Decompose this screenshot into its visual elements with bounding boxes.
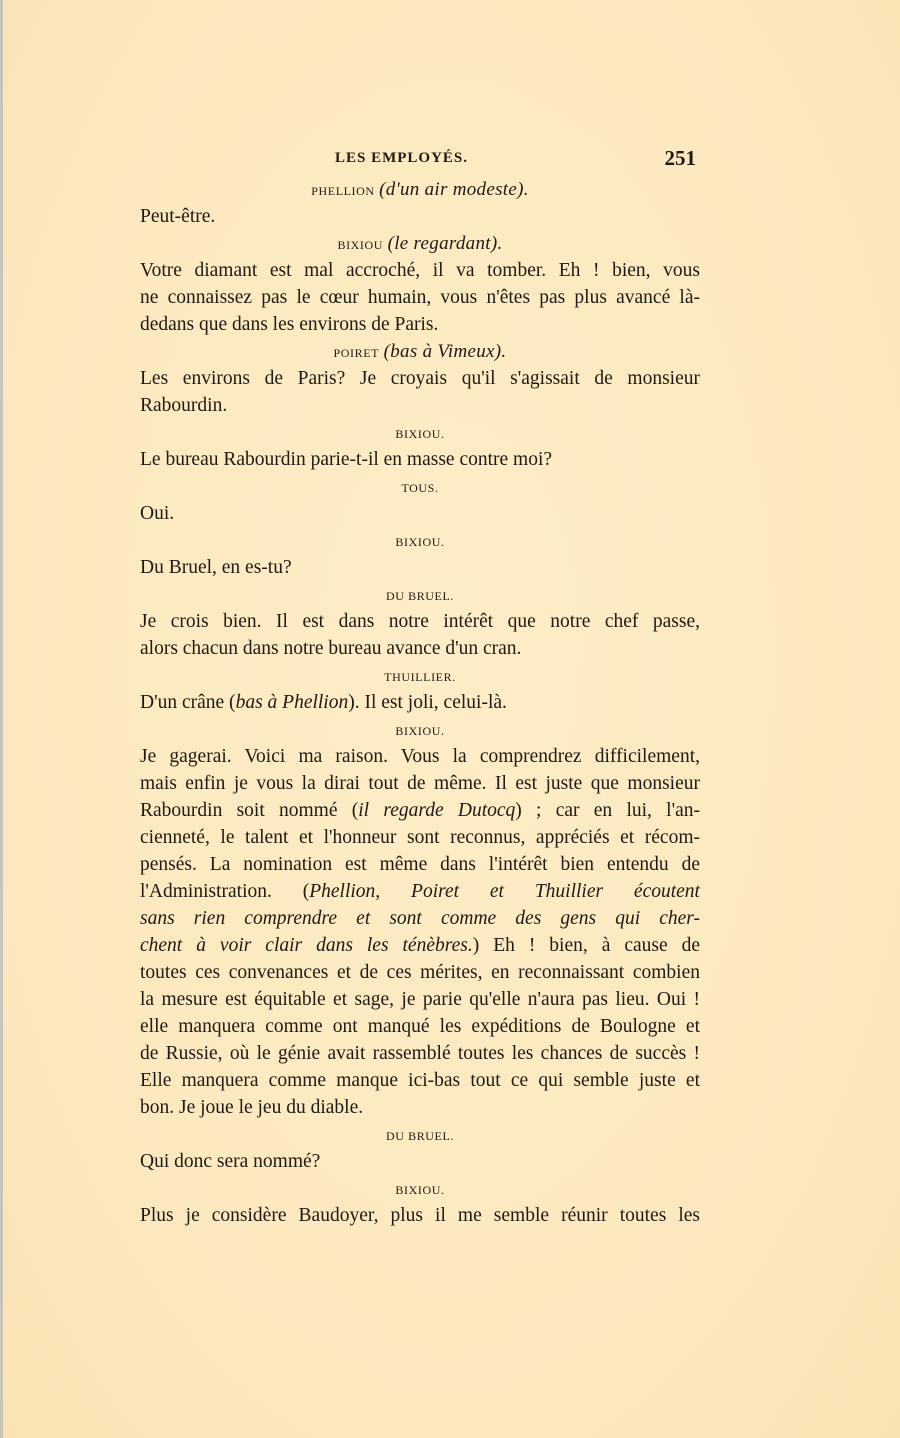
speech: Les environs de Paris? Je croyais qu'il … bbox=[140, 365, 700, 419]
speaker-name: DU BRUEL. bbox=[386, 1125, 454, 1144]
roman-text: ) Eh ! bien, à cause de bbox=[473, 935, 700, 956]
stage-direction: (d'un air modeste). bbox=[379, 179, 529, 200]
speech-line: Du Bruel, en es-tu? bbox=[140, 554, 700, 581]
speaker-name: DU BRUEL. bbox=[386, 585, 454, 604]
italic-stage-direction: sans rien comprendre et sont comme des g… bbox=[140, 908, 700, 929]
speech-line: Rabourdin soit nommé (il regarde Dutocq)… bbox=[140, 797, 700, 824]
book-page: LES EMPLOYÉS. 251 PHELLION (d'un air mod… bbox=[0, 0, 900, 1438]
roman-text: ) ; car en lui, l'an- bbox=[515, 800, 700, 821]
speech-line: chent à voir clair dans les ténèbres.) E… bbox=[140, 932, 700, 959]
speech-line: cienneté, le talent et l'honneur sont re… bbox=[140, 824, 700, 851]
speech-line: elle manquera comme ont manqué les expéd… bbox=[140, 1013, 700, 1040]
running-head-title: LES EMPLOYÉS. bbox=[335, 150, 468, 167]
speaker-heading: BIXIOU. bbox=[140, 527, 700, 554]
speech-line: dedans que dans les environs de Paris. bbox=[140, 311, 700, 338]
speaker-heading: DU BRUEL. bbox=[140, 581, 700, 608]
speech-line: pensés. La nomination est même dans l'in… bbox=[140, 851, 700, 878]
speech: Plus je considère Baudoyer, plus il me s… bbox=[140, 1202, 700, 1229]
speech-line: Qui donc sera nommé? bbox=[140, 1148, 700, 1175]
speaker-name: BIXIOU. bbox=[395, 423, 444, 442]
speech-line: Peut-être. bbox=[140, 203, 700, 230]
speech-line: Rabourdin. bbox=[140, 392, 700, 419]
speaker-heading: BIXIOU. bbox=[140, 716, 700, 743]
speaker-heading: POIRET (bas à Vimeux). bbox=[140, 338, 700, 365]
page-number: 251 bbox=[665, 146, 697, 171]
speaker-name: TOUS. bbox=[401, 477, 438, 496]
speaker-name: BIXIOU. bbox=[395, 720, 444, 739]
speech-line: sans rien comprendre et sont comme des g… bbox=[140, 905, 700, 932]
speaker-name: POIRET bbox=[334, 342, 380, 361]
speech-line: D'un crâne (bas à Phellion). Il est joli… bbox=[140, 689, 700, 716]
speech-line: l'Administration. (Phellion, Poiret et T… bbox=[140, 878, 700, 905]
speaker-name: THUILLIER. bbox=[384, 666, 456, 685]
speaker-heading: BIXIOU (le regardant). bbox=[140, 230, 700, 257]
speaker-heading: BIXIOU. bbox=[140, 1175, 700, 1202]
speech: Je crois bien. Il est dans notre intérêt… bbox=[140, 608, 700, 662]
speaker-heading: BIXIOU. bbox=[140, 419, 700, 446]
speech-line: toutes ces convenances et de ces mérites… bbox=[140, 959, 700, 986]
speech-line: mais enfin je vous la dirai tout de même… bbox=[140, 770, 700, 797]
roman-text: l'Administration. ( bbox=[140, 881, 309, 902]
speech-line: Votre diamant est mal accroché, il va to… bbox=[140, 257, 700, 284]
speaker-name: BIXIOU. bbox=[395, 1179, 444, 1198]
stage-direction: (bas à Vimeux). bbox=[384, 341, 507, 362]
speaker-name: BIXIOU bbox=[337, 234, 383, 253]
speech: Oui. bbox=[140, 500, 700, 527]
speech-line: ne connaissez pas le cœur humain, vous n… bbox=[140, 284, 700, 311]
running-head: LES EMPLOYÉS. 251 bbox=[140, 146, 700, 176]
speech-line: Plus je considère Baudoyer, plus il me s… bbox=[140, 1202, 700, 1229]
speech-line: la mesure est équitable et sage, je pari… bbox=[140, 986, 700, 1013]
speech: Qui donc sera nommé? bbox=[140, 1148, 700, 1175]
speech: Du Bruel, en es-tu? bbox=[140, 554, 700, 581]
speech-line: Oui. bbox=[140, 500, 700, 527]
speaker-name: BIXIOU. bbox=[395, 531, 444, 550]
speech-line: Les environs de Paris? Je croyais qu'il … bbox=[140, 365, 700, 392]
speech-line: Elle manquera comme manque ici-bas tout … bbox=[140, 1067, 700, 1094]
speech: Le bureau Rabourdin parie-t-il en masse … bbox=[140, 446, 700, 473]
stage-direction: (le regardant). bbox=[388, 233, 503, 254]
speaker-heading: TOUS. bbox=[140, 473, 700, 500]
italic-stage-direction: bas à Phellion bbox=[236, 692, 349, 713]
speech-line: bon. Je joue le jeu du diable. bbox=[140, 1094, 700, 1121]
italic-stage-direction: il regarde Dutocq bbox=[358, 800, 515, 821]
speaker-heading: PHELLION (d'un air modeste). bbox=[140, 176, 700, 203]
speech-line: alors chacun dans notre bureau avance d'… bbox=[140, 635, 700, 662]
italic-stage-direction: chent à voir clair dans les ténèbres. bbox=[140, 935, 473, 956]
page-edge-shadow bbox=[0, 0, 3, 1438]
speech: Je gagerai. Voici ma raison. Vous la com… bbox=[140, 743, 700, 1121]
speaker-heading: THUILLIER. bbox=[140, 662, 700, 689]
speech-line: de Russie, où le génie avait rassemblé t… bbox=[140, 1040, 700, 1067]
italic-stage-direction: Phellion, Poiret et Thuillier écoutent bbox=[309, 881, 700, 902]
speaker-heading: DU BRUEL. bbox=[140, 1121, 700, 1148]
roman-text: Rabourdin soit nommé ( bbox=[140, 800, 358, 821]
speech-line: Je gagerai. Voici ma raison. Vous la com… bbox=[140, 743, 700, 770]
speech-line: Le bureau Rabourdin parie-t-il en masse … bbox=[140, 446, 700, 473]
roman-text: D'un crâne ( bbox=[140, 692, 236, 713]
text-block: LES EMPLOYÉS. 251 PHELLION (d'un air mod… bbox=[140, 146, 700, 1229]
roman-text: ). Il est joli, celui-là. bbox=[348, 692, 507, 713]
speech: D'un crâne (bas à Phellion). Il est joli… bbox=[140, 689, 700, 716]
speech-line: Je crois bien. Il est dans notre intérêt… bbox=[140, 608, 700, 635]
speech: Peut-être. bbox=[140, 203, 700, 230]
speaker-name: PHELLION bbox=[311, 180, 374, 199]
speech: Votre diamant est mal accroché, il va to… bbox=[140, 257, 700, 338]
